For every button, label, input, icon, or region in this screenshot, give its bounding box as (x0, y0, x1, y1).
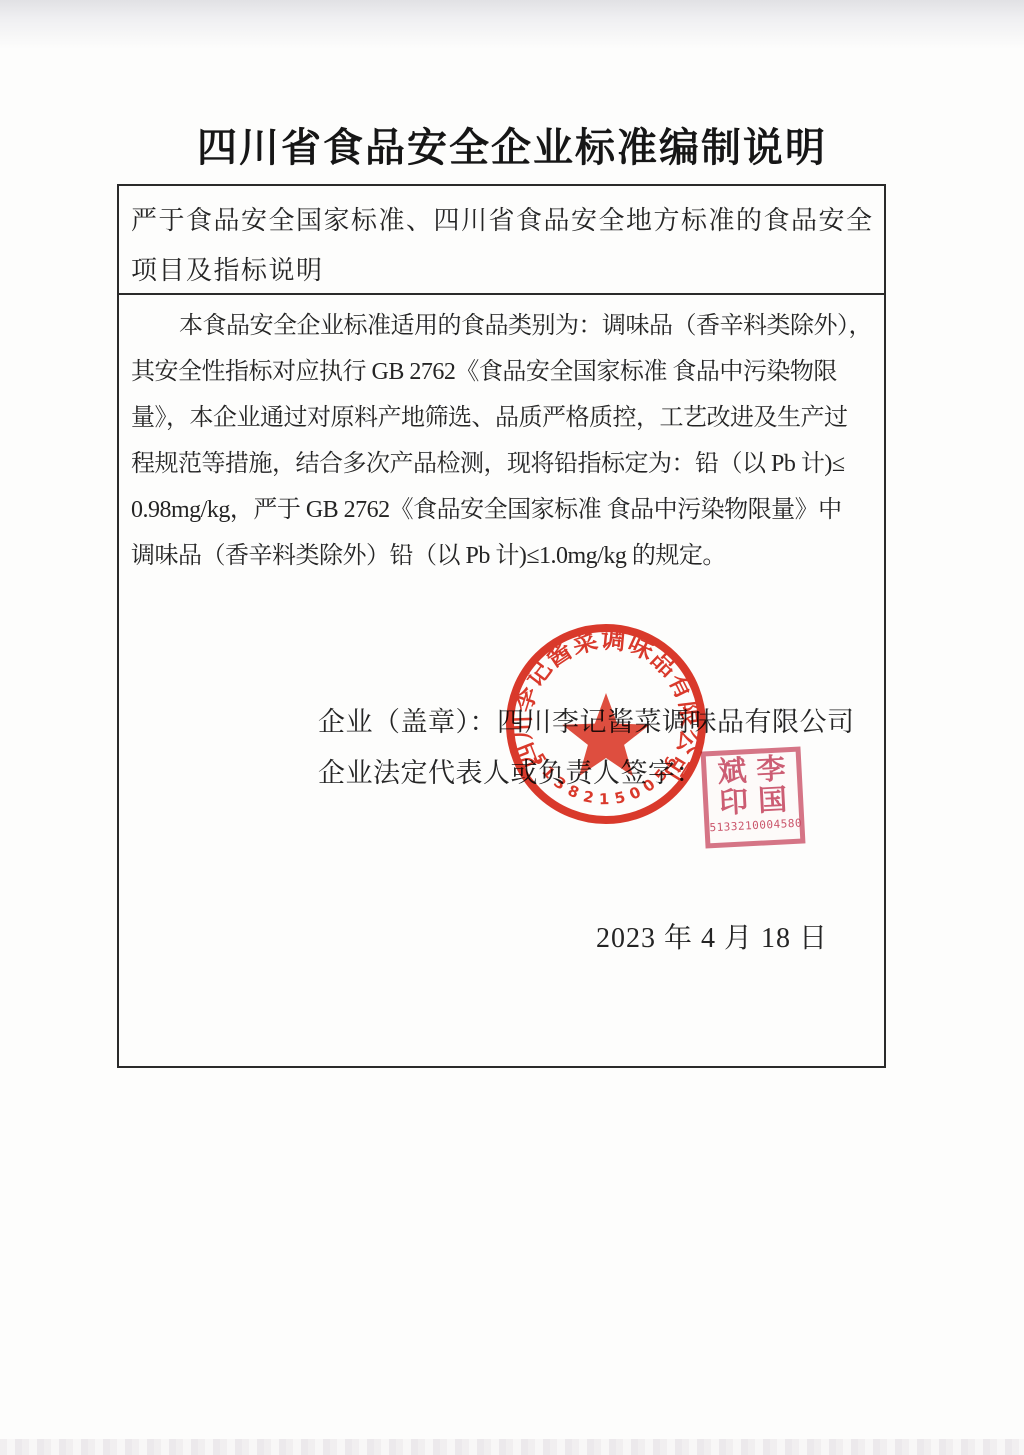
round-company-seal: 四川李记酱菜调味品有限公司 5138215005643 (501, 619, 711, 829)
seal-char: 国 (752, 785, 793, 818)
seal-char: 李 (751, 754, 792, 787)
company-stamp-label: 企业（盖章）： (318, 707, 497, 737)
seal-star-icon (562, 693, 649, 776)
body-text-line: 本食品安全企业标准适用的食品类别为：调味品（香辛料类除外）， (131, 303, 872, 349)
body-text-line: 程规范等措施，结合多次产品检测，现将铅指标定为：铅（以 Pb 计)≤ (131, 441, 872, 487)
body-text-line: 0.98mg/kg，严于 GB 2762《食品安全国家标准 食品中污染物限量》中 (131, 487, 872, 533)
seal-character-grid: 斌 李 印 国 (706, 752, 799, 821)
body-text-line: 调味品（香辛料类除外）铅（以 Pb 计)≤1.0mg/kg 的规定。 (131, 533, 872, 579)
seal-char: 印 (714, 787, 755, 820)
body-text-line: 其安全性指标对应执行 GB 2762《食品安全国家标准 食品中污染物限 (131, 349, 872, 395)
scan-artifact-top (0, 0, 1024, 58)
page-title: 四川省食品安全企业标准编制说明 (0, 116, 1024, 173)
body-text-line: 量》，本企业通过对原料产地筛选、品质严格质控，工艺改进及生产过 (131, 395, 872, 441)
table-header-line2: 项目及指标说明 (131, 246, 872, 296)
scanned-document-page: 四川省食品安全企业标准编制说明 严于食品安全国家标准、四川省食品安全地方标准的食… (0, 0, 1024, 1455)
square-personal-seal: 斌 李 印 国 5133210004580 (701, 746, 806, 848)
scan-artifact-bottom (0, 1439, 1024, 1455)
table-body-cell: 本食品安全企业标准适用的食品类别为：调味品（香辛料类除外）， 其安全性指标对应执… (119, 295, 884, 579)
table-header-line1: 严于食品安全国家标准、四川省食品安全地方标准的食品安全 (131, 196, 872, 246)
seal-char: 斌 (712, 756, 753, 789)
table-header-cell: 严于食品安全国家标准、四川省食品安全地方标准的食品安全 项目及指标说明 (119, 186, 884, 295)
document-date: 2023 年 4 月 18 日 (596, 916, 828, 956)
